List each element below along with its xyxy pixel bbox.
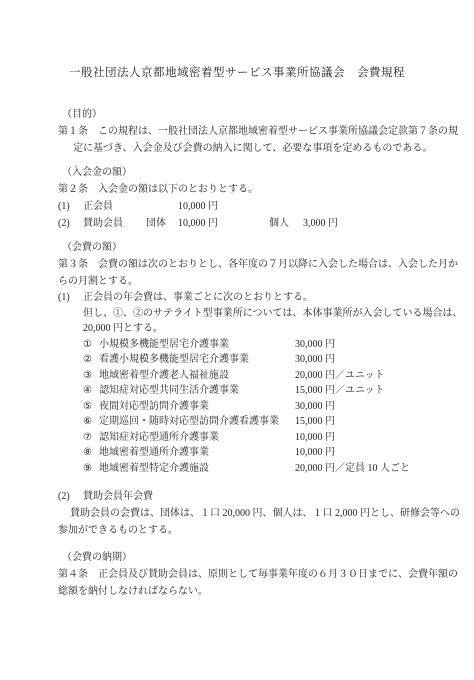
fee-item-number: ⑨	[83, 461, 99, 477]
fee-item-name: 看護小規模多機能型居宅介護事業	[99, 352, 295, 368]
fee-table-row: ①小規模多機能型居宅介護事業30,000 円	[83, 337, 474, 353]
organization-amount: 10,000 円	[178, 215, 269, 232]
fee-item-amount: 15,000 円	[295, 416, 335, 427]
fee-item-number: ⑥	[83, 414, 99, 430]
fee-item-number: ④	[83, 383, 99, 399]
section-heading-membership-fee: （会費の額）	[62, 239, 474, 256]
document-page: 一般社団法人京都地域密着型サービス事業所協議会 会費規程 （目的） 第１条 この…	[0, 0, 474, 680]
regular-member-fee-lead: (1)正会員の年会費は、事業ごとに次のとおりとする。	[58, 290, 474, 306]
article-3-line-2: らの月割とする。	[58, 273, 474, 290]
individual-amount: 3,000 円	[303, 218, 338, 229]
organization-label: 団体	[146, 215, 178, 232]
fee-item-name: 小規模多機能型居宅介護事業	[99, 337, 295, 353]
fee-item-number: ③	[83, 368, 99, 384]
fee-table-row: ④認知症対応型共同生活介護事業15,000 円／ユニット	[83, 383, 474, 399]
article-4-line-2: 総額を納付しなければならない。	[58, 583, 474, 600]
fee-item-amount: 20,000 円／ユニット	[295, 370, 385, 381]
fee-item-amount: 10,000 円	[295, 447, 335, 458]
item-number: (2)	[58, 215, 83, 232]
fee-table-row: ⑤夜間対応型訪問介護事業30,000 円	[83, 399, 474, 415]
fee-item-amount: 10,000 円	[295, 432, 335, 443]
fee-item-number: ⑧	[83, 445, 99, 461]
article-1-line-2: 定に基づき、入会金及び会費の納入に関して、必要な事項を定めるものである。	[73, 140, 474, 157]
admission-amount: 10,000 円	[178, 201, 218, 212]
fee-item-amount: 30,000 円	[295, 401, 335, 412]
article-3-line-1: 第３条 会費の額は次のとおりとし、各年度の７月以降に入会した場合は、入会した月か	[58, 256, 474, 273]
fee-item-name: 地域密着型特定介護施設	[99, 461, 295, 477]
supporting-fee-title: 賛助会員年会費	[83, 491, 153, 502]
fee-item-name: 地域密着型通所介護事業	[99, 445, 295, 461]
satellite-note-line-1: 但し、①、②のサテライト型事業所については、本体事業所が入会している場合は、	[83, 306, 474, 322]
admission-fee-row-regular: (1)正会員10,000 円	[58, 198, 474, 215]
fee-table-row: ②看護小規模多機能型居宅介護事業30,000 円	[83, 352, 474, 368]
fee-item-name: 定期巡回・随時対応型訪問介護看護事業	[99, 414, 295, 430]
fee-table-row: ⑥定期巡回・随時対応型訪問介護看護事業15,000 円	[83, 414, 474, 430]
item-number: (1)	[58, 198, 83, 215]
fee-item-name: 認知症対応型共同生活介護事業	[99, 383, 295, 399]
item-number: (2)	[58, 488, 83, 505]
fee-item-number: ⑦	[83, 430, 99, 446]
item-number: (1)	[58, 290, 83, 306]
satellite-note-line-2: 20,000 円とする。	[83, 321, 474, 337]
admission-fee-row-supporting: (2)賛助会員団体10,000 円個人3,000 円	[58, 215, 474, 232]
fee-item-name: 地域密着型介護老人福祉施設	[99, 368, 295, 384]
supporting-fee-line-2: 参加ができるものとする。	[58, 522, 474, 539]
regular-fee-lead-text: 正会員の年会費は、事業ごとに次のとおりとする。	[83, 292, 313, 303]
article-2-intro: 第２条 入会金の額は以下のとおりとする。	[58, 181, 474, 198]
fee-item-amount: 30,000 円	[295, 339, 335, 350]
section-heading-purpose: （目的）	[62, 106, 474, 123]
member-type-label: 賛助会員	[83, 215, 146, 232]
article-1-line-1: 第１条 この規程は、一般社団法人京都地域密着型サービス事業所協議会定款第７条の規	[58, 123, 474, 140]
fee-item-name: 夜間対応型訪問介護事業	[99, 399, 295, 415]
fee-table-row: ③地域密着型介護老人福祉施設20,000 円／ユニット	[83, 368, 474, 384]
member-type-label: 正会員	[83, 198, 178, 215]
document-title: 一般社団法人京都地域密着型サービス事業所協議会 会費規程	[0, 64, 474, 82]
individual-label: 個人	[269, 215, 303, 232]
fee-table-row: ⑧地域密着型通所介護事業10,000 円	[83, 445, 474, 461]
section-heading-payment-deadline: （会費の納期）	[62, 549, 474, 566]
fee-item-number: ②	[83, 352, 99, 368]
supporting-fee-line-1: 賛助会員の会費は、団体は、１口 20,000 円、個人は、１口 2,000 円と…	[70, 505, 474, 522]
fee-item-amount: 20,000 円／定員 10 人ごと	[295, 463, 410, 474]
fee-table-row: ⑦認知症対応型通所介護事業10,000 円	[83, 430, 474, 446]
supporting-member-fee-heading: (2)賛助会員年会費	[58, 488, 474, 505]
article-4-line-1: 第４条 正会員及び賛助会員は、原則として毎事業年度の６月３０日までに、会費年額の	[58, 566, 474, 583]
section-heading-admission-fee: （入会金の額）	[62, 164, 474, 181]
fee-item-number: ⑤	[83, 399, 99, 415]
fee-item-amount: 15,000 円／ユニット	[295, 385, 385, 396]
fee-item-name: 認知症対応型通所介護事業	[99, 430, 295, 446]
fee-item-number: ①	[83, 337, 99, 353]
fee-item-amount: 30,000 円	[295, 354, 335, 365]
fee-table-row: ⑨地域密着型特定介護施設20,000 円／定員 10 人ごと	[83, 461, 474, 477]
